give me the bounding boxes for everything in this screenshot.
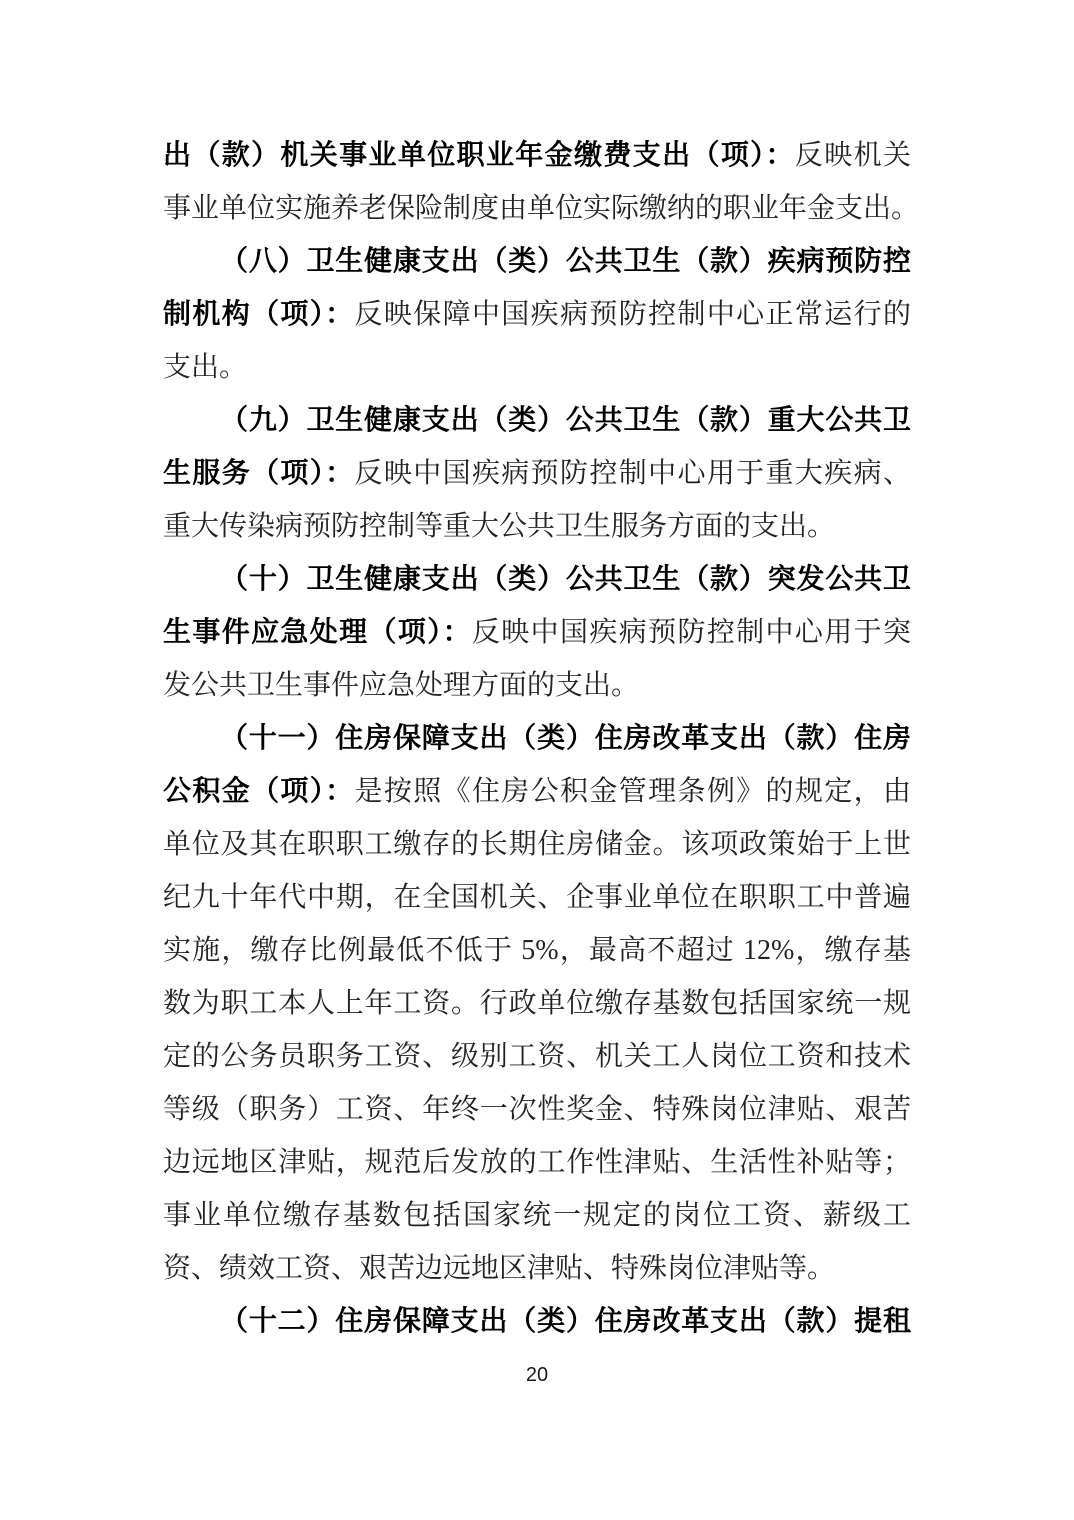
text-run: 等级（职务）工资、年终一次性奖金、特殊岗位津贴、艰苦 xyxy=(163,1094,911,1125)
text-line: 事业单位缴存基数包括国家统一规定的岗位工资、薪级工 xyxy=(163,1189,911,1242)
text-run: 资、绩效工资、艰苦边远地区津贴、特殊岗位津贴等。 xyxy=(163,1253,835,1284)
text-run: 支出。 xyxy=(163,352,247,383)
bold-text-run: 出（款）机关事业单位职业年金缴费支出（项）： xyxy=(163,140,795,171)
text-line: （十一）住房保障支出（类）住房改革支出（款）住房 xyxy=(163,712,911,765)
document-page: 出（款）机关事业单位职业年金缴费支出（项）：反映机关事业单位实施养老保险制度由单… xyxy=(0,0,1074,1520)
text-run: 重大传染病预防控制等重大公共卫生服务方面的支出。 xyxy=(163,511,835,542)
text-line: 纪九十年代中期，在全国机关、企事业单位在职职工中普遍 xyxy=(163,871,911,924)
text-run: 事业单位实施养老保险制度由单位实际缴纳的职业年金支出。 xyxy=(163,193,919,224)
text-line: 实施，缴存比例最低不低于 5%，最高不超过 12%，缴存基 xyxy=(163,924,911,977)
bold-text-run: 公积金（项）： xyxy=(163,776,355,807)
bold-text-run: （八）卫生健康支出（类）公共卫生（款）疾病预防控 xyxy=(220,246,911,277)
text-line: （十二）住房保障支出（类）住房改革支出（款）提租 xyxy=(163,1295,911,1348)
text-line: 重大传染病预防控制等重大公共卫生服务方面的支出。 xyxy=(163,500,911,553)
text-run: 反映中国疾病预防控制中心用于重大疾病、 xyxy=(355,458,911,489)
bold-text-run: （十一）住房保障支出（类）住房改革支出（款）住房 xyxy=(220,723,911,754)
text-run: 发公共卫生事件应急处理方面的支出。 xyxy=(163,670,639,701)
text-line: （十）卫生健康支出（类）公共卫生（款）突发公共卫 xyxy=(163,553,911,606)
text-line: 数为职工本人上年工资。行政单位缴存基数包括国家统一规 xyxy=(163,977,911,1030)
text-run: 单位及其在职职工缴存的长期住房储金。该项政策始于上世 xyxy=(163,829,911,860)
text-line: 单位及其在职职工缴存的长期住房储金。该项政策始于上世 xyxy=(163,818,911,871)
text-run: 反映机关 xyxy=(795,140,911,171)
document-body: 出（款）机关事业单位职业年金缴费支出（项）：反映机关事业单位实施养老保险制度由单… xyxy=(163,129,911,1348)
bold-text-run: （十）卫生健康支出（类）公共卫生（款）突发公共卫 xyxy=(220,564,911,595)
text-run: 反映保障中国疾病预防控制中心正常运行的 xyxy=(355,299,911,330)
text-run: 反映中国疾病预防控制中心用于突 xyxy=(472,617,911,648)
bold-text-run: 生服务（项）： xyxy=(163,458,355,489)
bold-text-run: （十二）住房保障支出（类）住房改革支出（款）提租 xyxy=(220,1306,911,1337)
text-line: 事业单位实施养老保险制度由单位实际缴纳的职业年金支出。 xyxy=(163,182,911,235)
bold-text-run: 生事件应急处理（项）： xyxy=(163,617,472,648)
bold-text-run: （九）卫生健康支出（类）公共卫生（款）重大公共卫 xyxy=(220,405,911,436)
text-run: 是按照《住房公积金管理条例》的规定，由 xyxy=(355,776,911,807)
text-line: （九）卫生健康支出（类）公共卫生（款）重大公共卫 xyxy=(163,394,911,447)
text-line: 发公共卫生事件应急处理方面的支出。 xyxy=(163,659,911,712)
text-line: 生服务（项）：反映中国疾病预防控制中心用于重大疾病、 xyxy=(163,447,911,500)
text-run: 边远地区津贴，规范后发放的工作性津贴、生活性补贴等； xyxy=(163,1147,911,1178)
text-run: 数为职工本人上年工资。行政单位缴存基数包括国家统一规 xyxy=(163,988,911,1019)
text-line: 边远地区津贴，规范后发放的工作性津贴、生活性补贴等； xyxy=(163,1136,911,1189)
text-line: 等级（职务）工资、年终一次性奖金、特殊岗位津贴、艰苦 xyxy=(163,1083,911,1136)
text-line: 支出。 xyxy=(163,341,911,394)
text-line: 制机构（项）：反映保障中国疾病预防控制中心正常运行的 xyxy=(163,288,911,341)
bold-text-run: 制机构（项）： xyxy=(163,299,355,330)
text-line: 资、绩效工资、艰苦边远地区津贴、特殊岗位津贴等。 xyxy=(163,1242,911,1295)
text-run: 定的公务员职务工资、级别工资、机关工人岗位工资和技术 xyxy=(163,1041,911,1072)
text-line: （八）卫生健康支出（类）公共卫生（款）疾病预防控 xyxy=(163,235,911,288)
text-line: 出（款）机关事业单位职业年金缴费支出（项）：反映机关 xyxy=(163,129,911,182)
text-run: 事业单位缴存基数包括国家统一规定的岗位工资、薪级工 xyxy=(163,1200,911,1231)
text-line: 生事件应急处理（项）：反映中国疾病预防控制中心用于突 xyxy=(163,606,911,659)
text-line: 定的公务员职务工资、级别工资、机关工人岗位工资和技术 xyxy=(163,1030,911,1083)
text-run: 实施，缴存比例最低不低于 5%，最高不超过 12%，缴存基 xyxy=(163,935,911,966)
page-number: 20 xyxy=(0,1364,1074,1387)
text-run: 纪九十年代中期，在全国机关、企事业单位在职职工中普遍 xyxy=(163,882,911,913)
text-line: 公积金（项）：是按照《住房公积金管理条例》的规定，由 xyxy=(163,765,911,818)
